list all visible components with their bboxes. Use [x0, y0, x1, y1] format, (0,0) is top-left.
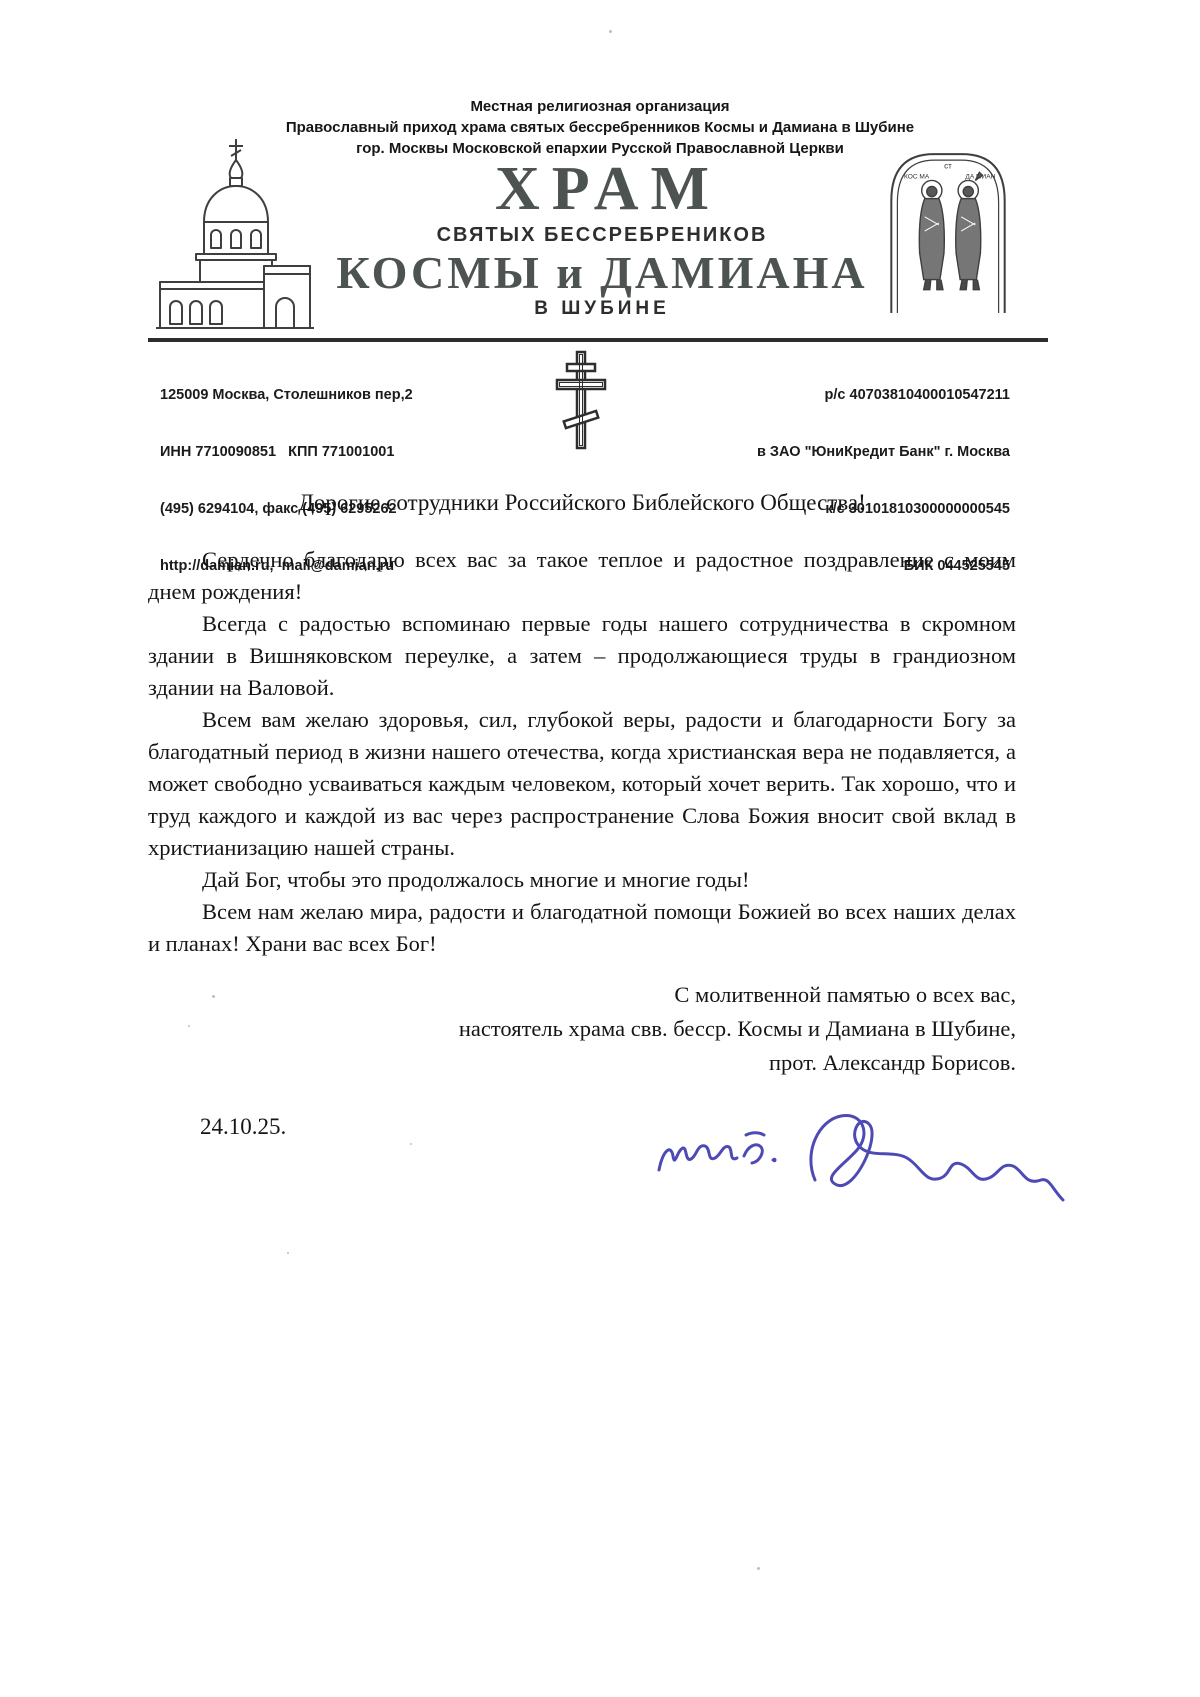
- saints-icon: ст КОС МА ДА МИАН: [886, 146, 1010, 313]
- contact-address: 125009 Москва, Столешников пер,2: [160, 386, 413, 405]
- salutation: Дорогие сотрудники Российского Библейско…: [148, 488, 1016, 518]
- scan-speck: [609, 30, 612, 33]
- masthead-divider: [148, 338, 1048, 342]
- masthead: ХРАМ СВЯТЫХ БЕССРЕБРЕНИКОВ КОСМЫ и ДАМИА…: [322, 158, 882, 320]
- masthead-title-khram: ХРАМ: [322, 158, 882, 220]
- icon-caption-top: ст: [944, 161, 952, 170]
- icon-caption-left: КОС МА: [904, 173, 930, 180]
- paragraph-2: Всегда с радостью вспоминаю первые годы …: [148, 608, 1016, 704]
- church-icon: [148, 136, 318, 336]
- scan-speck: [757, 1567, 760, 1570]
- date-signature-row: 24.10.25.: [148, 1092, 1016, 1210]
- paragraph-5: Всем нам желаю мира, радости и благодатн…: [148, 896, 1016, 960]
- scan-speck: [212, 995, 215, 998]
- paragraph-3: Всем вам желаю здоровья, сил, глубокой в…: [148, 704, 1016, 864]
- bank-name: в ЗАО "ЮниКредит Банк" г. Москва: [757, 443, 1010, 462]
- org-line-2: Православный приход храма святых бессреб…: [0, 117, 1200, 138]
- closing-line-1: С молитвенной памятью о всех вас,: [148, 978, 1016, 1012]
- letter-date: 24.10.25.: [200, 1092, 286, 1140]
- masthead-subtitle-shubin: В ШУБИНЕ: [322, 298, 882, 320]
- orthodox-cross-icon: [552, 350, 610, 450]
- masthead-title-kosmy-damiana: КОСМЫ и ДАМИАНА: [322, 248, 882, 298]
- closing-line-2: настоятель храма свв. бесср. Космы и Дам…: [148, 1012, 1016, 1046]
- scan-speck: [205, 597, 207, 599]
- scan-speck: [410, 1143, 412, 1145]
- masthead-subtitle-saints: СВЯТЫХ БЕССРЕБРЕНИКОВ: [322, 222, 882, 248]
- closing-block: С молитвенной памятью о всех вас, настоя…: [148, 978, 1016, 1080]
- signature-scribble: [644, 1092, 1074, 1210]
- letter-page: Местная религиозная организация Правосла…: [0, 0, 1200, 1697]
- bank-account: р/с 40703810400010547211: [757, 386, 1010, 405]
- paragraph-1: Сердечно благодарю всех вас за такое теп…: [148, 544, 1016, 608]
- paragraph-4: Дай Бог, чтобы это продолжалось многие и…: [148, 864, 1016, 896]
- scan-speck: [188, 1025, 190, 1027]
- contact-inn-kpp: ИНН 7710090851 КПП 771001001: [160, 443, 413, 462]
- scan-speck: [287, 1252, 289, 1254]
- org-line-1: Местная религиозная организация: [0, 96, 1200, 117]
- letter-body: Дорогие сотрудники Российского Библейско…: [148, 488, 1016, 1210]
- closing-line-3: прот. Александр Борисов.: [148, 1046, 1016, 1080]
